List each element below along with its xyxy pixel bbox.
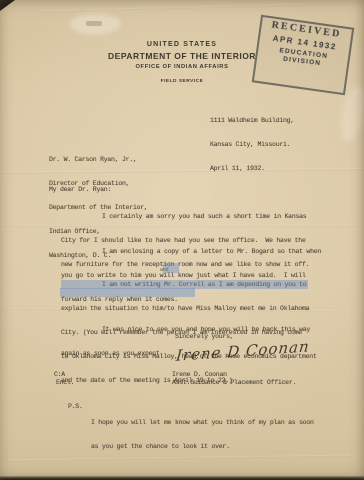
dateline-address: 1111 Waldheim Building, <box>210 117 294 125</box>
body-line: I am not writing Mr. Correll as I am dep… <box>61 281 317 289</box>
postscript-label: P.S. <box>68 403 83 411</box>
typed-signer-title: Asst.Guidance & Placement Officer. <box>172 379 296 387</box>
closing: Sincerely yours, <box>175 333 233 341</box>
typed-insertion-and: and <box>160 267 168 273</box>
enclosure-note: Encl. <box>56 379 74 387</box>
letter-page: UNITED STATES DEPARTMENT OF THE INTERIOR… <box>0 0 364 480</box>
salutation: My dear Dr. Ryan: <box>49 186 111 194</box>
dateline-city: Kansas City, Missouri. <box>210 141 294 149</box>
paper-bottom-edge <box>0 476 364 480</box>
corner-tear <box>0 0 15 11</box>
body-line: I certainly am sorry you had such a shor… <box>61 213 309 221</box>
recipient-name: Dr. W. Carson Ryan, Jr., <box>49 156 148 164</box>
dateline: 1111 Waldheim Building, Kansas City, Mis… <box>210 101 294 189</box>
dateline-date: April 11, 1932. <box>210 165 294 173</box>
postscript-line: as you get the chance to look it over. <box>91 443 314 451</box>
received-stamp: RECEIVED APR 14 1932 EDUCATION DIVISION <box>252 15 355 95</box>
postscript-text: I hope you will let me know what you thi… <box>91 403 314 467</box>
postscript-line: I hope you will let me know what you thi… <box>91 419 314 427</box>
pencil-smudge <box>72 16 118 32</box>
body-line: I am enclosing a copy of a letter to Mr.… <box>61 248 321 256</box>
typed-signer-name: Irene D. Coonan <box>172 371 227 379</box>
fold-crease <box>40 3 310 12</box>
typist-initials: C:A <box>54 371 65 379</box>
